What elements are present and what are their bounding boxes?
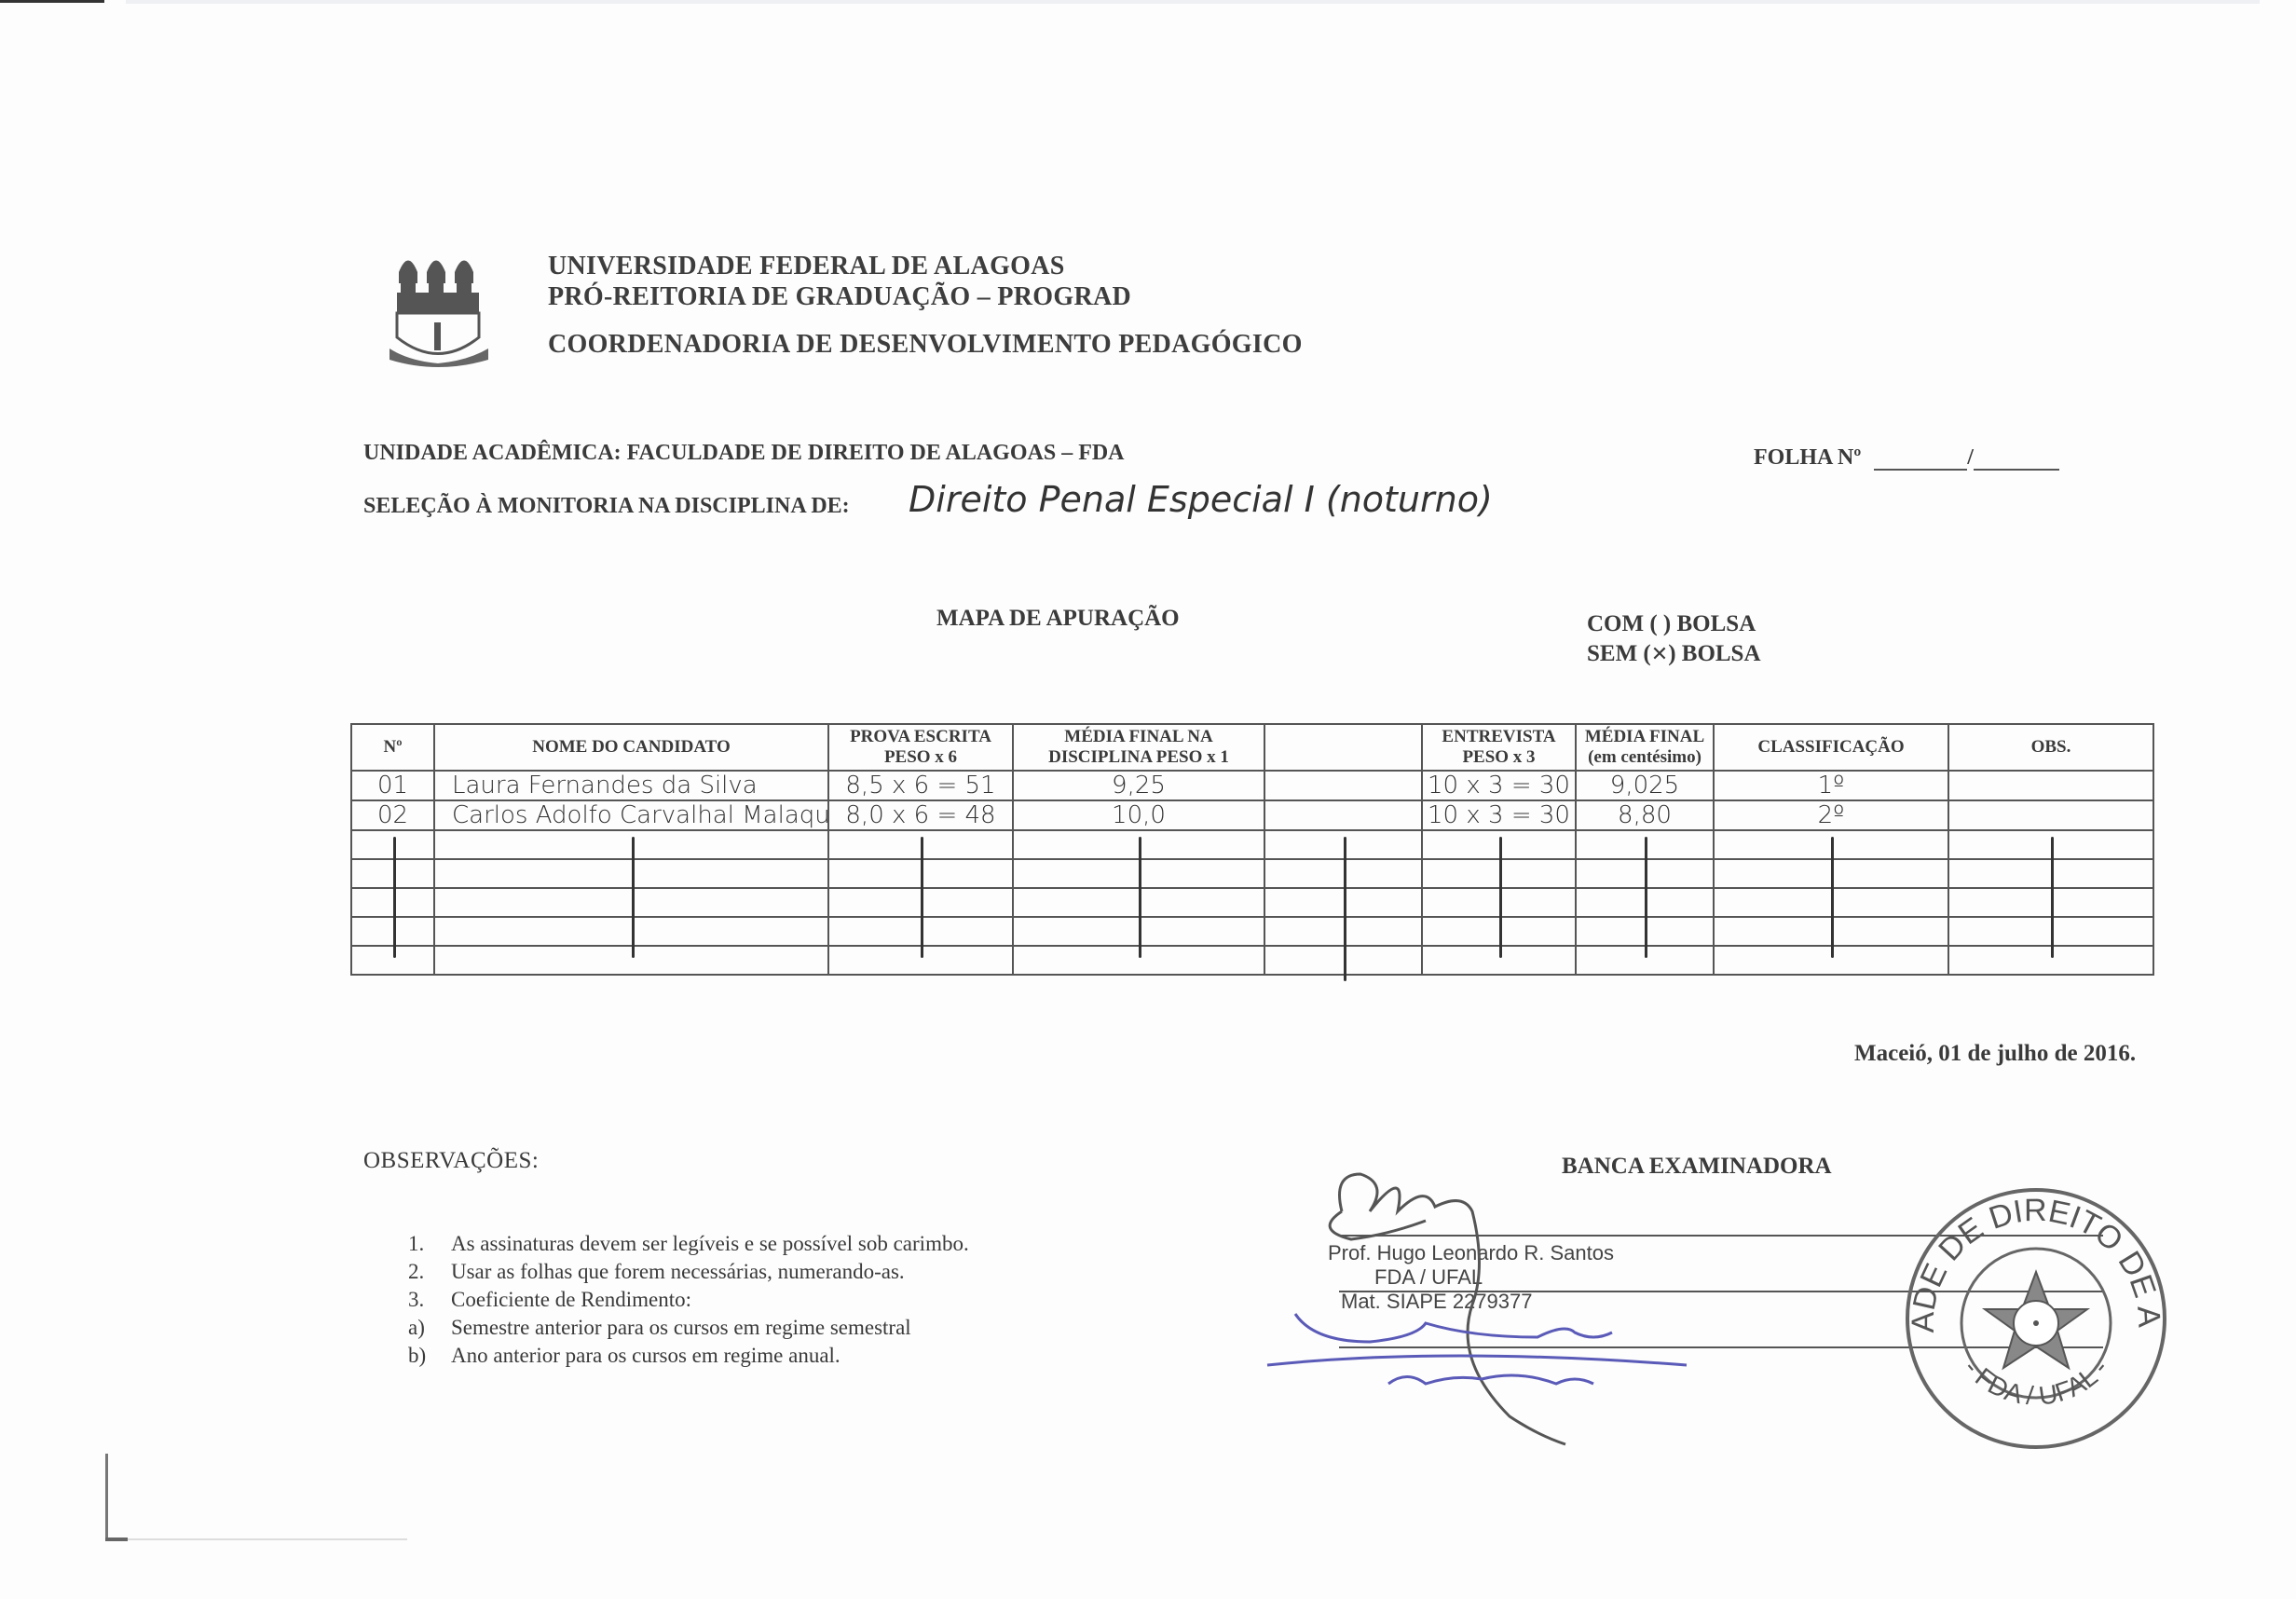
col-header-name: NOME DO CANDIDATO <box>434 724 828 771</box>
cell-classification-empty[interactable] <box>1714 830 1948 859</box>
col-header-final-average: MÉDIA FINAL (em centésimo) <box>1576 724 1714 771</box>
cell-discipline-average-empty[interactable] <box>1013 946 1264 975</box>
cell-interview-empty[interactable] <box>1422 888 1576 917</box>
cell-obs-empty[interactable] <box>1948 859 2153 888</box>
ufal-coat-of-arms-icon <box>389 244 497 375</box>
cell-obs[interactable] <box>1948 771 2153 800</box>
cell-interview[interactable]: 10 x 3 = 30 <box>1422 800 1576 830</box>
fda-ufal-seal: FACULDADE DE DIREITO DE ALAGOAS - FDA / … <box>1901 1183 2171 1454</box>
observation-marker: 3. <box>408 1286 451 1314</box>
cell-discipline-average[interactable]: 9,25 <box>1013 771 1264 800</box>
prorectory-name: PRÓ-REITORIA DE GRADUAÇÃO – PROGRAD <box>548 282 1131 312</box>
coordination-name: COORDENADORIA DE DESENVOLVIMENTO PEDAGÓG… <box>548 330 1303 360</box>
table-row: 01Laura Fernandes da Silva8,5 x 6 = 519,… <box>351 771 2153 800</box>
com-bolsa-option[interactable]: COM ( ) BOLSA <box>1587 609 1761 639</box>
observation-text: As assinaturas devem ser legíveis e se p… <box>451 1230 969 1258</box>
cell-discipline-average-empty[interactable] <box>1013 917 1264 946</box>
observation-text: Usar as folhas que forem necessárias, nu… <box>451 1258 905 1286</box>
observation-item: 2.Usar as folhas que forem necessárias, … <box>408 1258 969 1286</box>
observation-marker: b) <box>408 1342 451 1370</box>
col-header-obs: OBS. <box>1948 724 2153 771</box>
cell-discipline-average-empty[interactable] <box>1013 859 1264 888</box>
results-table: Nº NOME DO CANDIDATO PROVA ESCRITA PESO … <box>350 723 2154 976</box>
cell-classification[interactable]: 1º <box>1714 771 1948 800</box>
observation-text: Ano anterior para os cursos em regime an… <box>451 1342 840 1370</box>
observation-item: a)Semestre anterior para os cursos em re… <box>408 1314 969 1342</box>
cell-number[interactable]: 02 <box>351 800 434 830</box>
cell-written-exam[interactable]: 8,0 x 6 = 48 <box>828 800 1013 830</box>
cell-interview-empty[interactable] <box>1422 946 1576 975</box>
discipline-label: SELEÇÃO À MONITORIA NA DISCIPLINA DE: <box>363 494 850 519</box>
observation-text: Coeficiente de Rendimento: <box>451 1286 691 1314</box>
scan-corner-mark <box>105 1454 108 1539</box>
cell-name-empty[interactable] <box>434 830 828 859</box>
cell-number[interactable]: 01 <box>351 771 434 800</box>
observation-marker: 2. <box>408 1258 451 1286</box>
observation-marker: a) <box>408 1314 451 1342</box>
cell-written-exam-empty[interactable] <box>828 859 1013 888</box>
cell-blank-empty[interactable] <box>1264 917 1422 946</box>
cell-classification[interactable]: 2º <box>1714 800 1948 830</box>
university-name: UNIVERSIDADE FEDERAL DE ALAGOAS <box>548 252 1065 281</box>
cell-blank[interactable] <box>1264 800 1422 830</box>
cell-final-average[interactable]: 8,80 <box>1576 800 1714 830</box>
cell-discipline-average-empty[interactable] <box>1013 888 1264 917</box>
scan-corner-mark <box>105 1537 128 1541</box>
observation-item: b)Ano anterior para os cursos em regime … <box>408 1342 969 1370</box>
national-coat-of-arms-icon <box>1985 1272 2087 1368</box>
col-header-blank <box>1264 724 1422 771</box>
cell-interview-empty[interactable] <box>1422 859 1576 888</box>
table-row-empty <box>351 946 2153 975</box>
col-header-number: Nº <box>351 724 434 771</box>
table-row: 02Carlos Adolfo Carvalhal Malaquias8,0 x… <box>351 800 2153 830</box>
cell-discipline-average-empty[interactable] <box>1013 830 1264 859</box>
cell-name[interactable]: Laura Fernandes da Silva <box>434 771 828 800</box>
col-header-classification: CLASSIFICAÇÃO <box>1714 724 1948 771</box>
cell-written-exam[interactable]: 8,5 x 6 = 51 <box>828 771 1013 800</box>
observation-item: 3.Coeficiente de Rendimento: <box>408 1286 969 1314</box>
cell-number-empty[interactable] <box>351 830 434 859</box>
cell-name-empty[interactable] <box>434 917 828 946</box>
cell-final-average-empty[interactable] <box>1576 917 1714 946</box>
folha-field: FOLHA Nº / <box>1754 445 2059 471</box>
cell-final-average-empty[interactable] <box>1576 888 1714 917</box>
scan-border-artifact <box>126 0 2260 4</box>
cell-obs-empty[interactable] <box>1948 917 2153 946</box>
cell-classification-empty[interactable] <box>1714 917 1948 946</box>
cell-name-empty[interactable] <box>434 946 828 975</box>
cell-blank-empty[interactable] <box>1264 888 1422 917</box>
folha-separator: / <box>1967 445 1974 471</box>
cell-final-average[interactable]: 9,025 <box>1576 771 1714 800</box>
table-row-empty <box>351 830 2153 859</box>
cell-final-average-empty[interactable] <box>1576 946 1714 975</box>
col-header-interview: ENTREVISTA PESO x 3 <box>1422 724 1576 771</box>
folha-total-input[interactable] <box>1974 448 2059 471</box>
observation-text: Semestre anterior para os cursos em regi… <box>451 1314 911 1342</box>
scan-corner-mark <box>128 1538 407 1540</box>
observations-title: OBSERVAÇÕES: <box>363 1148 539 1174</box>
cell-obs-empty[interactable] <box>1948 830 2153 859</box>
cell-number-empty[interactable] <box>351 859 434 888</box>
cell-obs-empty[interactable] <box>1948 946 2153 975</box>
cell-final-average-empty[interactable] <box>1576 859 1714 888</box>
cell-number-empty[interactable] <box>351 888 434 917</box>
observations-list: 1.As assinaturas devem ser legíveis e se… <box>408 1230 969 1370</box>
table-header-row: Nº NOME DO CANDIDATO PROVA ESCRITA PESO … <box>351 724 2153 771</box>
cell-written-exam-empty[interactable] <box>828 917 1013 946</box>
table-row-empty <box>351 917 2153 946</box>
cell-name-empty[interactable] <box>434 888 828 917</box>
cell-classification-empty[interactable] <box>1714 859 1948 888</box>
cell-written-exam-empty[interactable] <box>828 830 1013 859</box>
discipline-value[interactable]: Direito Penal Especial I (noturno) <box>909 479 1493 520</box>
date-line: Maceió, 01 de julho de 2016. <box>1854 1041 2136 1067</box>
cell-interview-empty[interactable] <box>1422 917 1576 946</box>
cell-blank-empty[interactable] <box>1264 830 1422 859</box>
folha-label: FOLHA Nº <box>1754 445 1861 471</box>
cell-number-empty[interactable] <box>351 917 434 946</box>
cell-number-empty[interactable] <box>351 946 434 975</box>
cell-written-exam-empty[interactable] <box>828 946 1013 975</box>
observation-item: 1.As assinaturas devem ser legíveis e se… <box>408 1230 969 1258</box>
map-title: MAPA DE APURAÇÃO <box>936 606 1180 632</box>
cell-interview[interactable]: 10 x 3 = 30 <box>1422 771 1576 800</box>
scan-border-artifact <box>0 0 104 3</box>
cell-blank-empty[interactable] <box>1264 946 1422 975</box>
table-row-empty <box>351 859 2153 888</box>
cell-final-average-empty[interactable] <box>1576 830 1714 859</box>
cell-name[interactable]: Carlos Adolfo Carvalhal Malaquias <box>434 800 828 830</box>
bolsa-options: COM ( ) BOLSA SEM (✕) BOLSA <box>1587 609 1761 670</box>
col-header-written-exam: PROVA ESCRITA PESO x 6 <box>828 724 1013 771</box>
cell-blank-empty[interactable] <box>1264 859 1422 888</box>
cell-classification-empty[interactable] <box>1714 888 1948 917</box>
academic-unit-label: UNIDADE ACADÊMICA: FACULDADE DE DIREITO … <box>363 441 1125 466</box>
cell-written-exam-empty[interactable] <box>828 888 1013 917</box>
cell-discipline-average[interactable]: 10,0 <box>1013 800 1264 830</box>
cell-obs-empty[interactable] <box>1948 888 2153 917</box>
cell-blank[interactable] <box>1264 771 1422 800</box>
handwritten-signatures <box>1258 1155 1817 1454</box>
cell-obs[interactable] <box>1948 800 2153 830</box>
col-header-discipline-average: MÉDIA FINAL NA DISCIPLINA PESO x 1 <box>1013 724 1264 771</box>
table-row-empty <box>351 888 2153 917</box>
observation-marker: 1. <box>408 1230 451 1258</box>
checked-x-icon: ✕ <box>1651 643 1668 666</box>
cell-name-empty[interactable] <box>434 859 828 888</box>
cell-classification-empty[interactable] <box>1714 946 1948 975</box>
cell-interview-empty[interactable] <box>1422 830 1576 859</box>
sem-bolsa-option[interactable]: SEM (✕) BOLSA <box>1587 639 1761 670</box>
svg-text:- FDA / UFAL -: - FDA / UFAL - <box>1959 1354 2114 1411</box>
folha-number-input[interactable] <box>1874 448 1967 471</box>
